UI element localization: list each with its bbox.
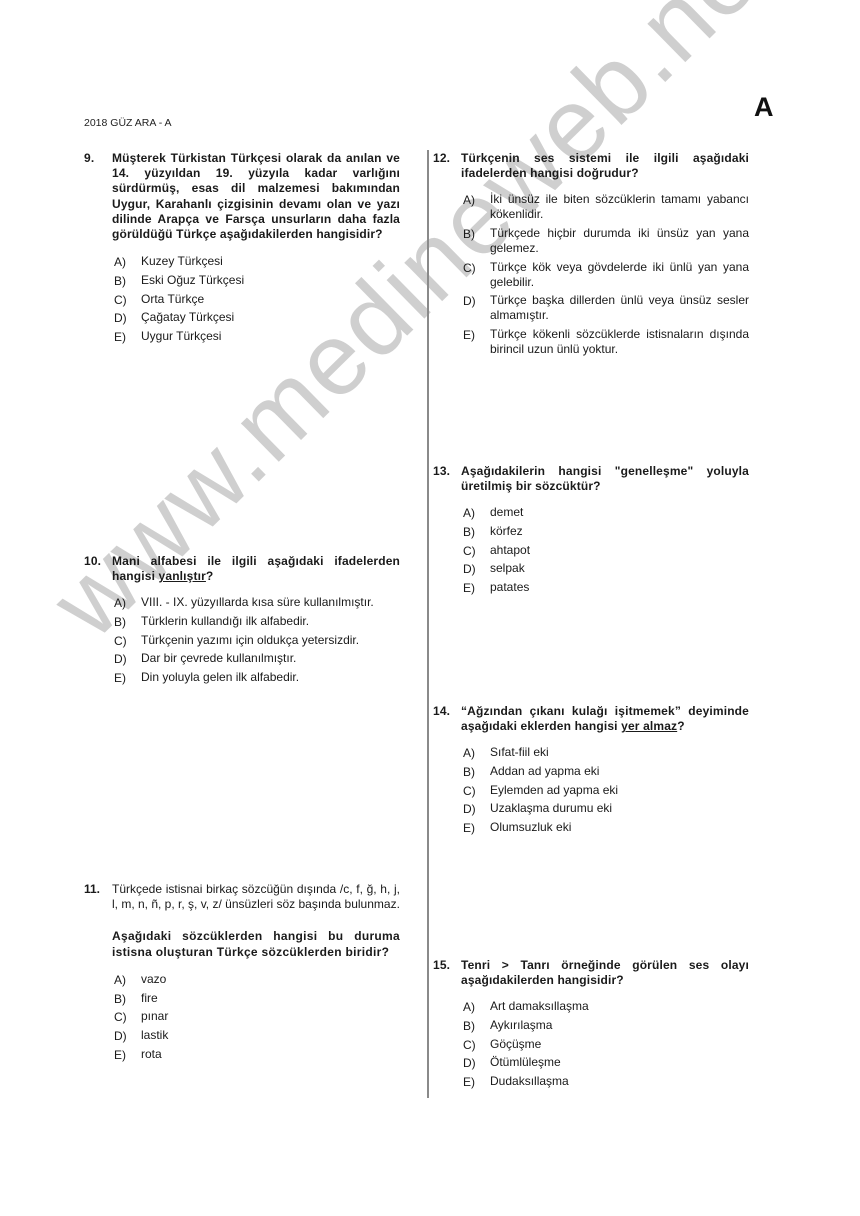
option-c[interactable]: C)Eylemden ad yapma eki xyxy=(461,783,749,798)
question-13: 13. Aşağıdakilerin hangisi "genelleşme" … xyxy=(433,464,749,599)
question-number: 14. xyxy=(433,704,450,719)
option-a[interactable]: A)Sıfat-fiil eki xyxy=(461,745,749,760)
question-stem: Müşterek Türkistan Türkçesi olarak da an… xyxy=(112,151,400,241)
option-d[interactable]: D)Çağatay Türkçesi xyxy=(112,310,400,325)
option-c[interactable]: C)Orta Türkçe xyxy=(112,292,400,307)
option-b[interactable]: B)fire xyxy=(112,991,400,1006)
exam-label: 2018 GÜZ ARA - A xyxy=(84,117,172,129)
question-stem: Türkçenin ses sistemi ile ilgili aşağıda… xyxy=(461,151,749,180)
option-a[interactable]: A)Kuzey Türkçesi xyxy=(112,254,400,269)
question-number: 11. xyxy=(84,882,100,897)
option-b[interactable]: B)Addan ad yapma eki xyxy=(461,764,749,779)
option-c[interactable]: C)Türkçenin yazımı için oldukça yetersiz… xyxy=(112,633,400,648)
question-number: 10. xyxy=(84,554,101,569)
option-e[interactable]: E)Dudaksıllaşma xyxy=(461,1074,749,1089)
option-a[interactable]: A)İki ünsüz ile biten sözcüklerin tamamı… xyxy=(461,192,749,222)
option-a[interactable]: A)vazo xyxy=(112,972,400,987)
question-lead: Türkçede istisnai birkaç sözcüğün dışınd… xyxy=(112,882,400,911)
option-d[interactable]: D)Ötümlüleşme xyxy=(461,1055,749,1070)
option-e[interactable]: E)Olumsuzluk eki xyxy=(461,820,749,835)
booklet-type: A xyxy=(754,92,774,123)
option-c[interactable]: C)Türkçe kök veya gövdelerde iki ünlü ya… xyxy=(461,260,749,290)
question-number: 15. xyxy=(433,958,450,973)
option-b[interactable]: B)Türklerin kullandığı ilk alfabedir. xyxy=(112,614,400,629)
option-a[interactable]: A)VIII. - IX. yüzyıllarda kısa süre kull… xyxy=(112,595,400,610)
option-d[interactable]: D)Dar bir çevrede kullanılmıştır. xyxy=(112,651,400,666)
option-d[interactable]: D)Türkçe başka dillerden ünlü veya ünsüz… xyxy=(461,293,749,323)
option-e[interactable]: E)Uygur Türkçesi xyxy=(112,329,400,344)
question-number: 9. xyxy=(84,151,94,166)
emphasis-underline: yer almaz xyxy=(621,719,677,733)
option-c[interactable]: C)pınar xyxy=(112,1009,400,1024)
question-15: 15. Tenri > Tanrı örneğinde görülen ses … xyxy=(433,958,749,1093)
option-list: A)VIII. - IX. yüzyıllarda kısa süre kull… xyxy=(84,595,400,685)
option-a[interactable]: A)demet xyxy=(461,505,749,520)
option-list: A)Sıfat-fiil eki B)Addan ad yapma eki C)… xyxy=(433,745,749,835)
option-e[interactable]: E)Türkçe kökenli sözcüklerde istisnaları… xyxy=(461,327,749,357)
option-list: A)Art damaksıllaşma B)Aykırılaşma C)Göçü… xyxy=(433,999,749,1089)
question-10: 10. Mani alfabesi ile ilgili aşağıdaki i… xyxy=(84,554,400,689)
option-b[interactable]: B)Eski Oğuz Türkçesi xyxy=(112,273,400,288)
question-12: 12. Türkçenin ses sistemi ile ilgili aşa… xyxy=(433,151,749,361)
option-list: A)İki ünsüz ile biten sözcüklerin tamamı… xyxy=(433,192,749,357)
option-list: A)Kuzey Türkçesi B)Eski Oğuz Türkçesi C)… xyxy=(84,254,400,344)
question-9: 9. Müşterek Türkistan Türkçesi olarak da… xyxy=(84,151,400,348)
option-c[interactable]: C)ahtapot xyxy=(461,543,749,558)
emphasis-underline: yanlıştır xyxy=(159,569,206,583)
question-stem: Tenri > Tanrı örneğinde görülen ses olay… xyxy=(461,958,749,987)
question-number: 13. xyxy=(433,464,450,479)
question-stem: Aşağıdakilerin hangisi "genelleşme" yolu… xyxy=(461,464,749,493)
option-b[interactable]: B)Türkçede hiçbir durumda iki ünsüz yan … xyxy=(461,226,749,256)
option-e[interactable]: E)rota xyxy=(112,1047,400,1062)
option-list: A)vazo B)fire C)pınar D)lastik E)rota xyxy=(84,972,400,1062)
option-e[interactable]: E)patates xyxy=(461,580,749,595)
option-d[interactable]: D)selpak xyxy=(461,561,749,576)
option-a[interactable]: A)Art damaksıllaşma xyxy=(461,999,749,1014)
option-d[interactable]: D)lastik xyxy=(112,1028,400,1043)
question-stem: Aşağıdaki sözcüklerden hangisi bu duruma… xyxy=(84,929,400,959)
option-e[interactable]: E)Din yoluyla gelen ilk alfabedir. xyxy=(112,670,400,685)
option-b[interactable]: B)körfez xyxy=(461,524,749,539)
question-14: 14. “Ağzından çıkanı kulağı işitmemek” d… xyxy=(433,704,749,839)
option-b[interactable]: B)Aykırılaşma xyxy=(461,1018,749,1033)
option-d[interactable]: D)Uzaklaşma durumu eki xyxy=(461,801,749,816)
question-number: 12. xyxy=(433,151,450,166)
column-divider xyxy=(427,150,429,1098)
question-11: 11. Türkçede istisnai birkaç sözcüğün dı… xyxy=(84,882,400,1065)
option-list: A)demet B)körfez C)ahtapot D)selpak E)pa… xyxy=(433,505,749,595)
option-c[interactable]: C)Göçüşme xyxy=(461,1037,749,1052)
